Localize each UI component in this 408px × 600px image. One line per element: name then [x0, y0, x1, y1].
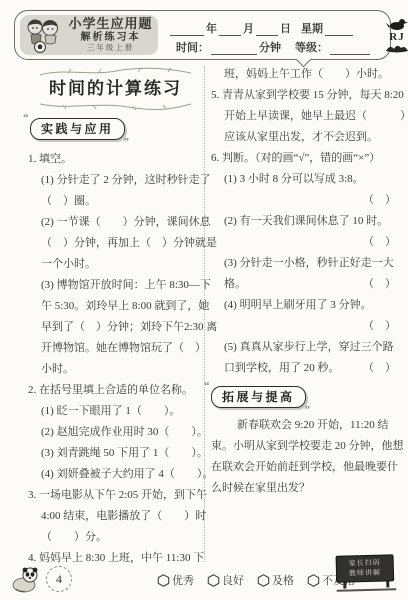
text-line: 么时候在家里出发？ [211, 478, 398, 499]
rating-excellent[interactable]: 优秀 [157, 572, 194, 588]
answer-blank: （ ） [363, 274, 398, 295]
line-text: (5) 真真从家步行上学，穿过三个路 [224, 337, 394, 358]
time-label: 时间： [176, 39, 209, 55]
line-text: 束。小明从家到学校要走 20 分钟，他想 [211, 436, 404, 457]
text-line: 开博物馆。她在博物馆玩了（ ） [28, 338, 203, 359]
line-text: (3) 博物馆开放时间：上午 8:30—下 [41, 275, 211, 296]
line-text: (3) 分针走一小格，秒针正好走一大 [224, 253, 394, 274]
blackboard-text-2: 教师讲解 [349, 568, 381, 578]
line-text: (2) 赵旭完成作业用时 30（ ）。 [41, 422, 208, 443]
text-line: 束。小明从家到学校要走 20 分钟，他想 [211, 436, 398, 457]
grade-label: 三年级上册 [63, 44, 158, 53]
practice-section-badge: 实践与应用 [30, 118, 125, 140]
text-line: （ ）分钟，再加上（ ）分钟就是 [28, 233, 203, 254]
text-line: (1) 分针走了 2 分钟，这时秒针走了 [28, 170, 203, 191]
text-line: （ ） [211, 316, 398, 337]
line-text: 开始上早读课，她早上最迟（ ） [224, 106, 408, 127]
line-text: （ ）分。 [41, 527, 107, 548]
brand-box: 小学生应用题 解析练习本 三年级上册 [20, 15, 158, 55]
line-text: （ ）圈。 [41, 191, 96, 212]
line-text: (3) 刘青跳绳 50 下用了 1（ ）。 [41, 443, 208, 464]
text-line: 格。（ ） [211, 274, 398, 295]
level-label: 等级： [295, 39, 328, 55]
series-title: 小学生应用题 [63, 17, 158, 32]
title-flourish-bottom-icon [38, 100, 193, 112]
workbook-page: 小学生应用题 解析练习本 三年级上册 年 月 日 星期 时间： 分钟 [0, 0, 408, 600]
page-header: 小学生应用题 解析练习本 三年级上册 年 月 日 星期 时间： 分钟 [14, 10, 391, 60]
extension-badge-wrap: 拓展与提高 [211, 386, 398, 410]
panda-icon [10, 564, 44, 594]
text-line: (1) 眨一下眼用了 1（ ）。 [28, 401, 203, 422]
text-line: （ ） [211, 232, 398, 253]
line-text: 新春联欢会 9:20 开始，11:20 结 [237, 415, 388, 436]
line-text: 么时候在家里出发？ [211, 478, 310, 499]
line-text: 格。 [224, 274, 246, 295]
page-number: 4 [56, 572, 62, 587]
children-illustration-icon [23, 16, 63, 54]
line-text: 2. 在括号里填上合适的单位名称。 [28, 380, 193, 401]
text-line: 口到学校，用了 20 秒。（ ） [211, 358, 398, 379]
blackboard-icon: 家长扫码 教师讲解 [336, 554, 395, 583]
week-blank[interactable] [325, 23, 353, 36]
minute-label: 分钟 [259, 39, 281, 55]
line-text: 小时。 [41, 359, 74, 380]
blackboard-base [336, 588, 396, 592]
answer-blank: （ ） [363, 190, 398, 211]
line-text: 1. 填空。 [28, 149, 72, 170]
day-blank[interactable] [256, 23, 278, 36]
text-line: 1. 填空。 [28, 149, 203, 170]
text-line: 班，妈妈上午工作（ ）小时。 [211, 64, 398, 85]
rating-row: 优秀 良好 及格 不及格 [157, 572, 355, 588]
date-fill-line: 年 月 日 星期 [168, 17, 372, 36]
header-fill-in-area: 年 月 日 星期 时间： 分钟 等级： [158, 14, 374, 57]
text-line: 早到了（ ）分钟；刘玲下午2:30 离 [28, 317, 203, 338]
time-fill-line: 时间： 分钟 等级： [168, 36, 372, 55]
line-text: (1) 3 小时 8 分可以写成 3:8。 [224, 169, 364, 190]
time-blank[interactable] [211, 42, 257, 55]
line-text: 早到了（ ）分钟；刘玲下午2:30 离 [41, 317, 217, 338]
line-text: 3. 一场电影从下午 2:05 开始，到下午 [28, 485, 207, 506]
line-text: 6. 判断。（对的画“√”，错的画“×”） [211, 148, 380, 169]
day-label: 日 [280, 20, 291, 36]
text-line: (1) 3 小时 8 分可以写成 3:8。 [211, 169, 398, 190]
extension-section-badge: 拓展与提高 [211, 386, 306, 408]
blackboard-qr-note: 家长扫码 教师讲解 [336, 554, 397, 592]
line-text: (1) 分针走了 2 分钟，这时秒针走了 [41, 170, 211, 191]
text-line: 小时。 [28, 359, 203, 380]
page-title-block: 时间的计算练习 [28, 74, 203, 108]
line-text: 4:00 结束，电影播放了（ ）时 [41, 506, 206, 527]
rating-label: 优秀 [172, 572, 194, 588]
left-column-lines: 1. 填空。(1) 分针走了 2 分钟，这时秒针走了（ ）圈。(2) 一节课（ … [28, 149, 203, 569]
answer-blank: （ ） [363, 232, 398, 253]
line-text: (1) 眨一下眼用了 1（ ）。 [41, 401, 180, 422]
line-text: 口到学校，用了 20 秒。 [224, 358, 340, 379]
brand-text: 小学生应用题 解析练习本 三年级上册 [63, 17, 158, 52]
right-column: 班，妈妈上午工作（ ）小时。5. 青青从家到学校要 15 分钟，每天 8:20开… [211, 64, 398, 499]
text-line: 4:00 结束，电影播放了（ ）时 [28, 506, 203, 527]
text-line: 2. 在括号里填上合适的单位名称。 [28, 380, 203, 401]
text-line: 应该从家里出发，才不会迟到。 [211, 127, 398, 148]
hexagon-icon [207, 574, 220, 587]
text-line: 午 5:30。刘玲早上 8:00 就到了，她 [28, 296, 203, 317]
line-text: (2) 一节课（ ）分钟，课间休息 [41, 212, 211, 233]
text-line: 5. 青青从家到学校要 15 分钟，每天 8:20 [211, 85, 398, 106]
bird-icon [385, 17, 408, 32]
year-blank[interactable] [170, 23, 204, 36]
line-text: (4) 刘妍叠被子大约用了 4（ ）。 [41, 464, 213, 485]
week-label: 星期 [301, 20, 323, 36]
page-number-circle: 4 [46, 566, 72, 592]
text-line: 一个小时。 [28, 254, 203, 275]
line-text: 开博物馆。她在博物馆玩了（ ） [41, 338, 206, 359]
practice-badge-wrap: 实践与应用 [30, 118, 203, 142]
line-text: 一个小时。 [41, 254, 96, 275]
hexagon-icon [157, 574, 170, 587]
extension-lines: 新春联欢会 9:20 开始，11:20 结束。小明从家到学校要走 20 分钟，他… [211, 415, 398, 499]
rating-label: 及格 [272, 572, 294, 588]
footer-left: 4 [10, 564, 72, 594]
text-line: 6. 判断。（对的画“√”，错的画“×”） [211, 148, 398, 169]
line-text: 午 5:30。刘玲早上 8:00 就到了，她 [41, 296, 209, 317]
line-text: （ ）分钟，再加上（ ）分钟就是 [41, 233, 217, 254]
text-line: （ ） [211, 190, 398, 211]
line-text: (4) 明明早上刷牙用了 3 分钟。 [224, 295, 372, 316]
bush-scribble-icon [384, 43, 408, 53]
page-title: 时间的计算练习 [49, 79, 182, 98]
hexagon-icon [307, 574, 320, 587]
month-label: 月 [243, 20, 254, 36]
text-line: 在联欢会开始前赶到学校，他最晚要什 [211, 457, 398, 478]
edition-area: RJ [374, 17, 408, 53]
text-line: （ ）圈。 [28, 191, 203, 212]
text-line: 开始上早读课，她早上最迟（ ） [211, 106, 398, 127]
text-line: 新春联欢会 9:20 开始，11:20 结 [211, 415, 398, 436]
text-line: (2) 有一天我们课间休息了 10 时。 [211, 211, 398, 232]
month-blank[interactable] [219, 23, 241, 36]
rating-label: 良好 [222, 572, 244, 588]
text-line: (3) 分针走一小格，秒针正好走一大 [211, 253, 398, 274]
line-text: 应该从家里出发，才不会迟到。 [224, 127, 378, 148]
right-column-lines: 班，妈妈上午工作（ ）小时。5. 青青从家到学校要 15 分钟，每天 8:20开… [211, 64, 398, 379]
text-line: 3. 一场电影从下午 2:05 开始，到下午 [28, 485, 203, 506]
hexagon-icon [257, 574, 270, 587]
line-text: (2) 有一天我们课间休息了 10 时。 [224, 211, 388, 232]
text-line: (3) 博物馆开放时间：上午 8:30—下 [28, 275, 203, 296]
rating-good[interactable]: 良好 [207, 572, 244, 588]
line-text: 在联欢会开始前赶到学校，他最晚要什 [211, 457, 398, 478]
text-line: (4) 刘妍叠被子大约用了 4（ ）。 [28, 464, 203, 485]
text-line: (3) 刘青跳绳 50 下用了 1（ ）。 [28, 443, 203, 464]
line-text: 5. 青青从家到学校要 15 分钟，每天 8:20 [211, 85, 404, 106]
level-blank[interactable] [330, 42, 370, 55]
text-line: （ ）分。 [28, 527, 203, 548]
year-label: 年 [206, 20, 217, 36]
rating-pass[interactable]: 及格 [257, 572, 294, 588]
answer-blank: （ ） [363, 358, 398, 379]
line-text: 班，妈妈上午工作（ ）小时。 [224, 64, 389, 85]
title-flourish-top-icon [38, 66, 193, 78]
text-line: (5) 真真从家步行上学，穿过三个路 [211, 337, 398, 358]
text-line: (2) 赵旭完成作业用时 30（ ）。 [28, 422, 203, 443]
text-line: (4) 明明早上刷牙用了 3 分钟。 [211, 295, 398, 316]
left-column: 时间的计算练习 实践与应用 1. 填空。(1) 分针走了 2 分钟，这时秒针走了… [28, 62, 203, 569]
text-line: (2) 一节课（ ）分钟，课间休息 [28, 212, 203, 233]
answer-blank: （ ） [363, 316, 398, 337]
edition-badge: RJ [389, 32, 404, 43]
